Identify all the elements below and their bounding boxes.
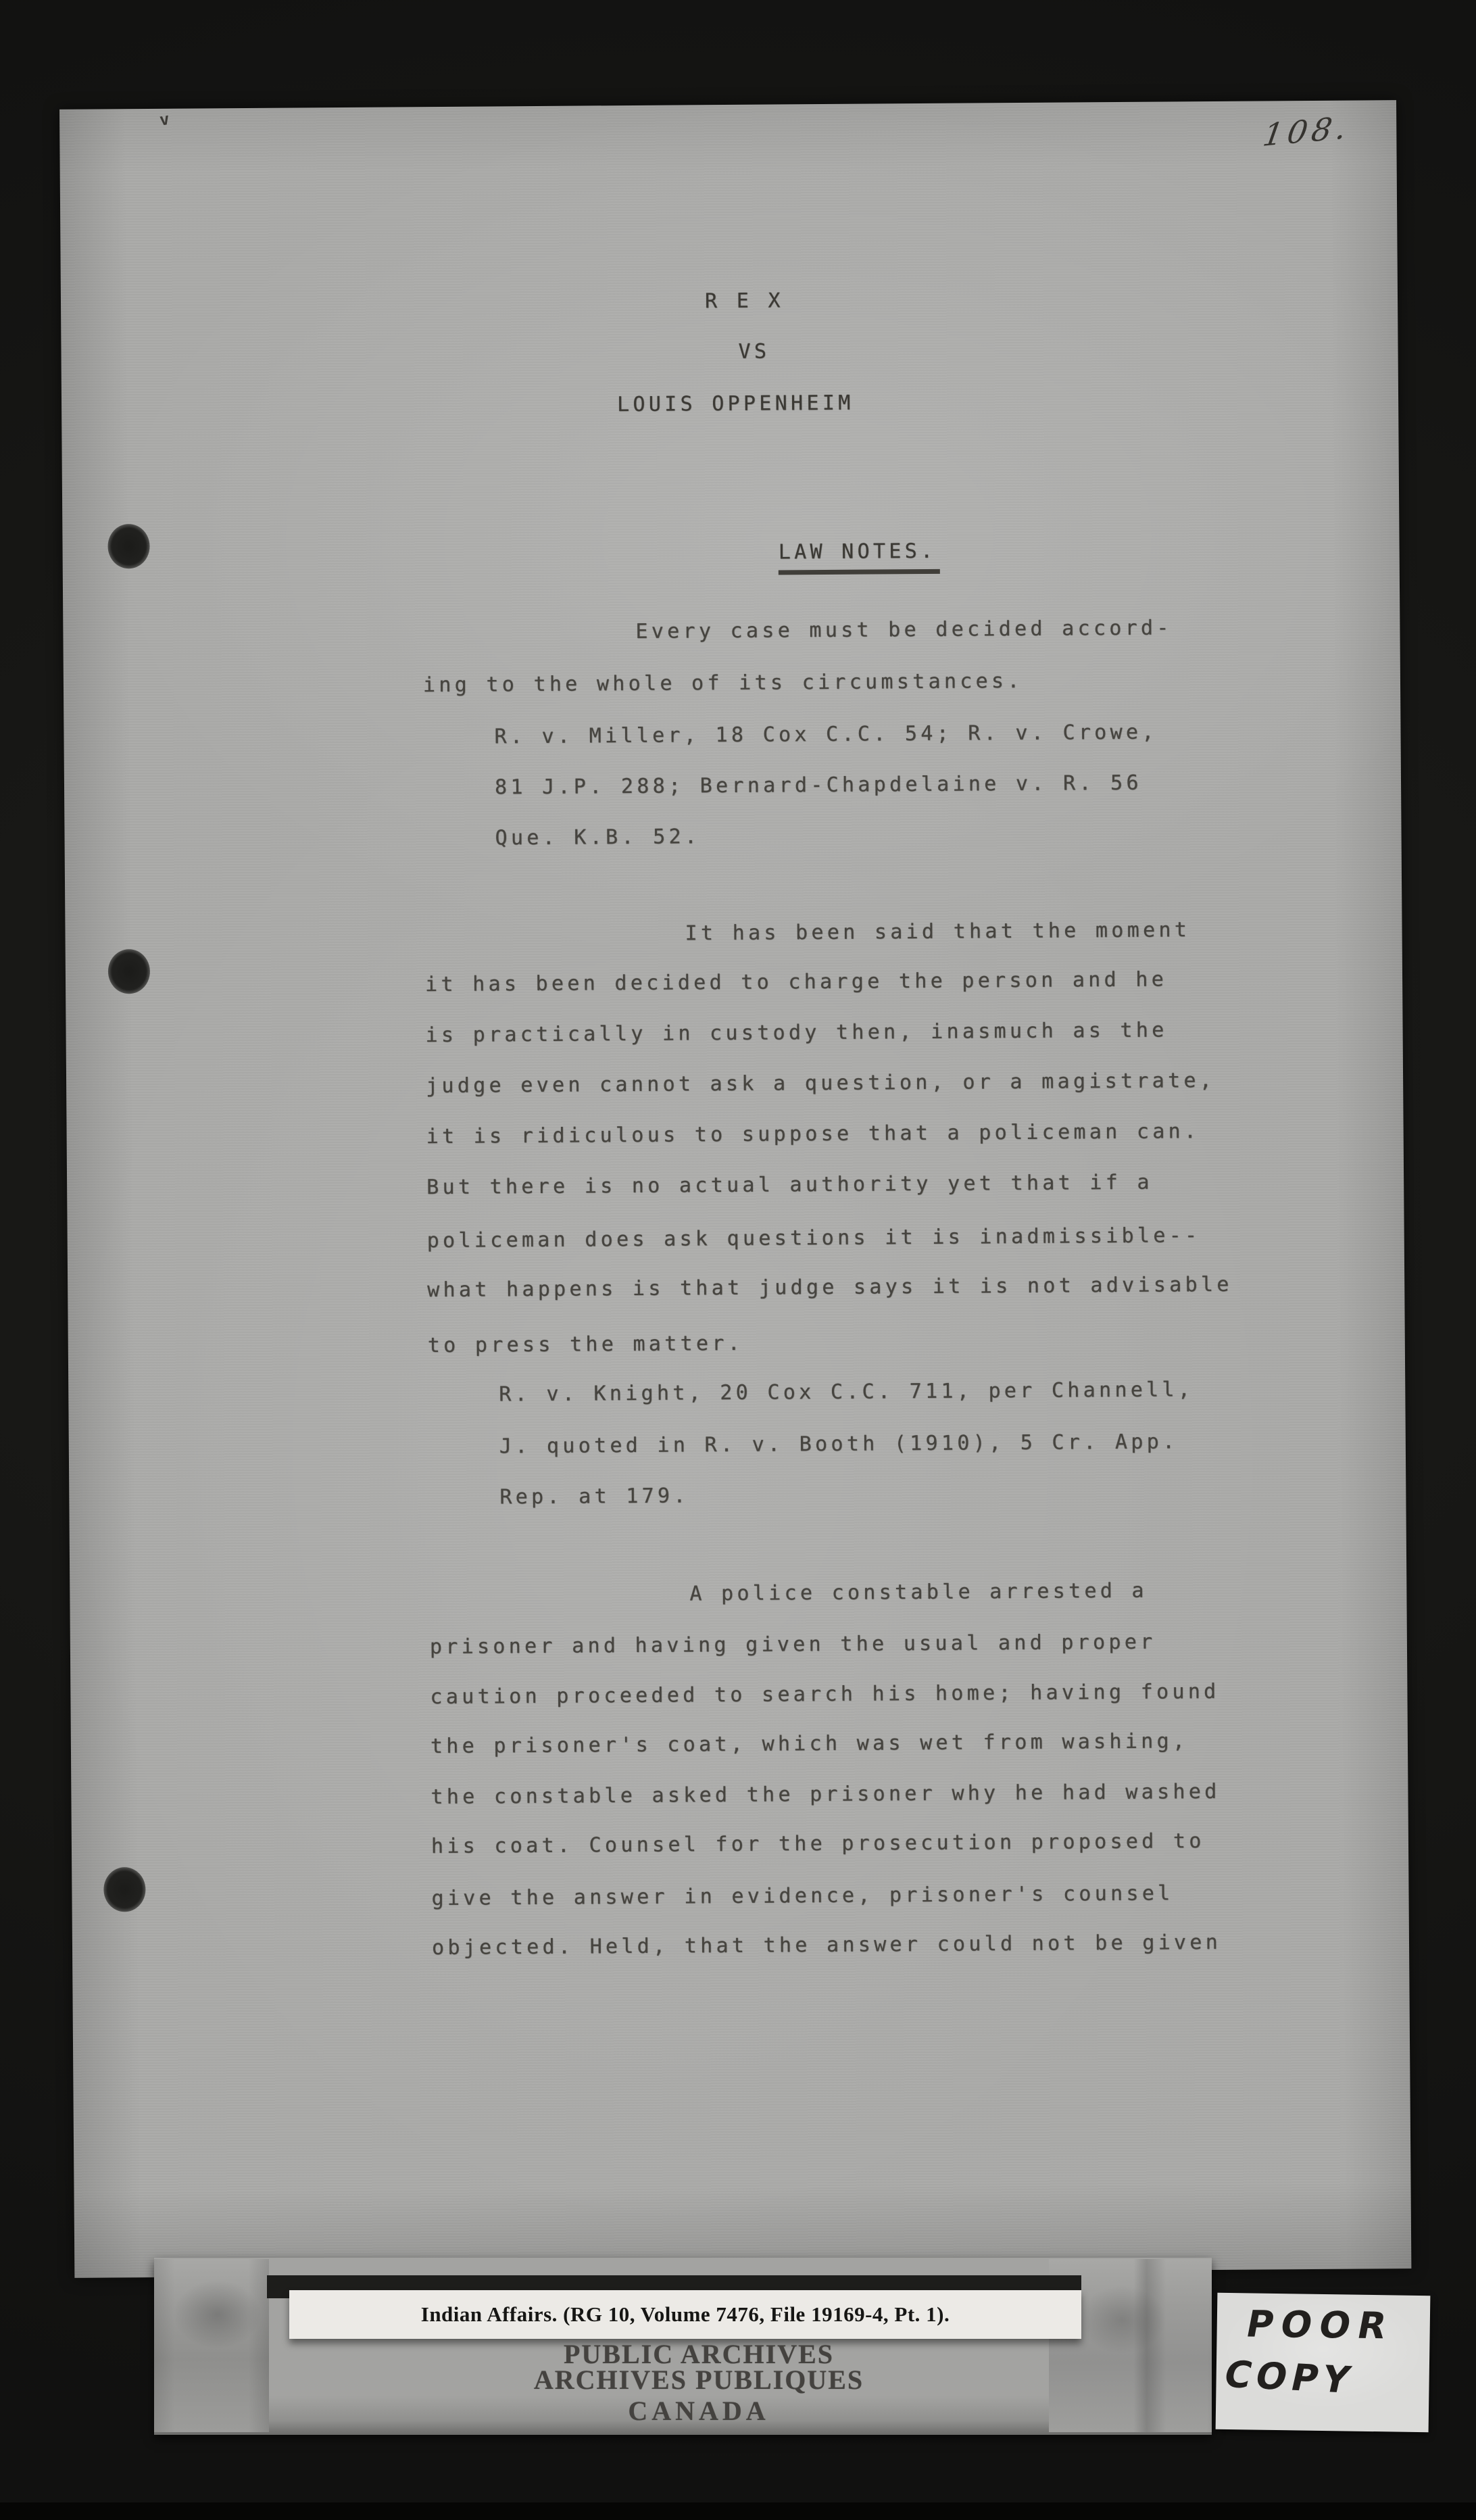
typescript-line: ing to the whole of its circumstances. bbox=[423, 670, 1023, 697]
punch-hole-middle bbox=[108, 949, 150, 994]
typescript-line: It has been said that the moment bbox=[685, 919, 1190, 945]
typescript-line: caution proceeded to search his home; ha… bbox=[430, 1680, 1219, 1709]
typescript-line: is practically in custody then, inasmuch… bbox=[425, 1019, 1167, 1047]
stray-pen-mark: v bbox=[158, 110, 170, 130]
handwritten-page-number: 108. bbox=[1260, 109, 1353, 153]
section-heading: LAW NOTES. bbox=[683, 517, 939, 588]
typescript-line: the prisoner's coat, which was wet from … bbox=[430, 1730, 1189, 1758]
typescript-line: A police constable arrested a bbox=[689, 1580, 1148, 1606]
typescript-line: his coat. Counsel for the prosecution pr… bbox=[431, 1830, 1205, 1858]
typescript-line: policeman does ask questions it is inadm… bbox=[427, 1224, 1201, 1253]
punch-hole-top bbox=[107, 524, 149, 568]
scanned-page: 108. v R E X VS LOUIS OPPENHEIM LAW NOTE… bbox=[59, 100, 1411, 2278]
typescript-line: Que. K.B. 52. bbox=[495, 825, 700, 850]
typescript-line: it has been decided to charge the person… bbox=[425, 968, 1167, 996]
typescript-line: Rep. at 179. bbox=[499, 1484, 689, 1509]
typescript-line: 81 J.P. 288; Bernard-Chapdelaine v. R. 5… bbox=[495, 772, 1142, 800]
mounting-tab-left bbox=[154, 2259, 269, 2432]
typescript-line: prisoner and having given the usual and … bbox=[430, 1631, 1156, 1659]
typescript-line: what happens is that judge says it is no… bbox=[427, 1274, 1233, 1302]
typescript-line: R. v. Knight, 20 Cox C.C. 711, per Chann… bbox=[499, 1378, 1194, 1406]
punch-hole-bottom bbox=[103, 1867, 145, 1912]
stamp-line-french: ARCHIVES PUBLIQUES bbox=[492, 2367, 906, 2393]
typescript-line: the constable asked the prisoner why he … bbox=[430, 1780, 1220, 1809]
file-reference-label: Indian Affairs. (RG 10, Volume 7476, Fil… bbox=[289, 2290, 1081, 2339]
case-title-versus: VS bbox=[738, 341, 770, 364]
typescript-line: R. v. Miller, 18 Cox C.C. 54; R. v. Crow… bbox=[494, 721, 1157, 749]
public-archives-stamp: PUBLIC ARCHIVES ARCHIVES PUBLIQUES CANAD… bbox=[492, 2342, 906, 2424]
stamp-line-country: CANADA bbox=[492, 2398, 906, 2424]
typescript-line: But there is no actual authority yet tha… bbox=[426, 1171, 1153, 1200]
stamp-line-english: PUBLIC ARCHIVES bbox=[492, 2342, 906, 2367]
case-title-defendant: LOUIS OPPENHEIM bbox=[617, 392, 854, 416]
case-title-plaintiff: R E X bbox=[705, 289, 784, 313]
typescript-line: judge even cannot ask a question, or a m… bbox=[426, 1069, 1215, 1098]
microfilm-frame: 108. v R E X VS LOUIS OPPENHEIM LAW NOTE… bbox=[0, 0, 1476, 2520]
typescript-line: give the answer in evidence, prisoner's … bbox=[431, 1882, 1173, 1910]
typescript-line: J. quoted in R. v. Booth (1910), 5 Cr. A… bbox=[499, 1430, 1179, 1458]
typescript-line: objected. Held, that the answer could no… bbox=[432, 1931, 1221, 1960]
poor-copy-word-1: POOR bbox=[1243, 2303, 1398, 2348]
typescript-line: to press the matter. bbox=[428, 1332, 743, 1357]
section-heading-text: LAW NOTES. bbox=[779, 539, 940, 575]
poor-copy-slip: POOR COPY bbox=[1216, 2293, 1431, 2432]
film-edge-strip bbox=[0, 2502, 1476, 2520]
typescript-line: it is ridiculous to suppose that a polic… bbox=[426, 1120, 1200, 1148]
poor-copy-word-2: COPY bbox=[1220, 2353, 1358, 2402]
typescript-line: Every case must be decided accord- bbox=[635, 616, 1173, 644]
